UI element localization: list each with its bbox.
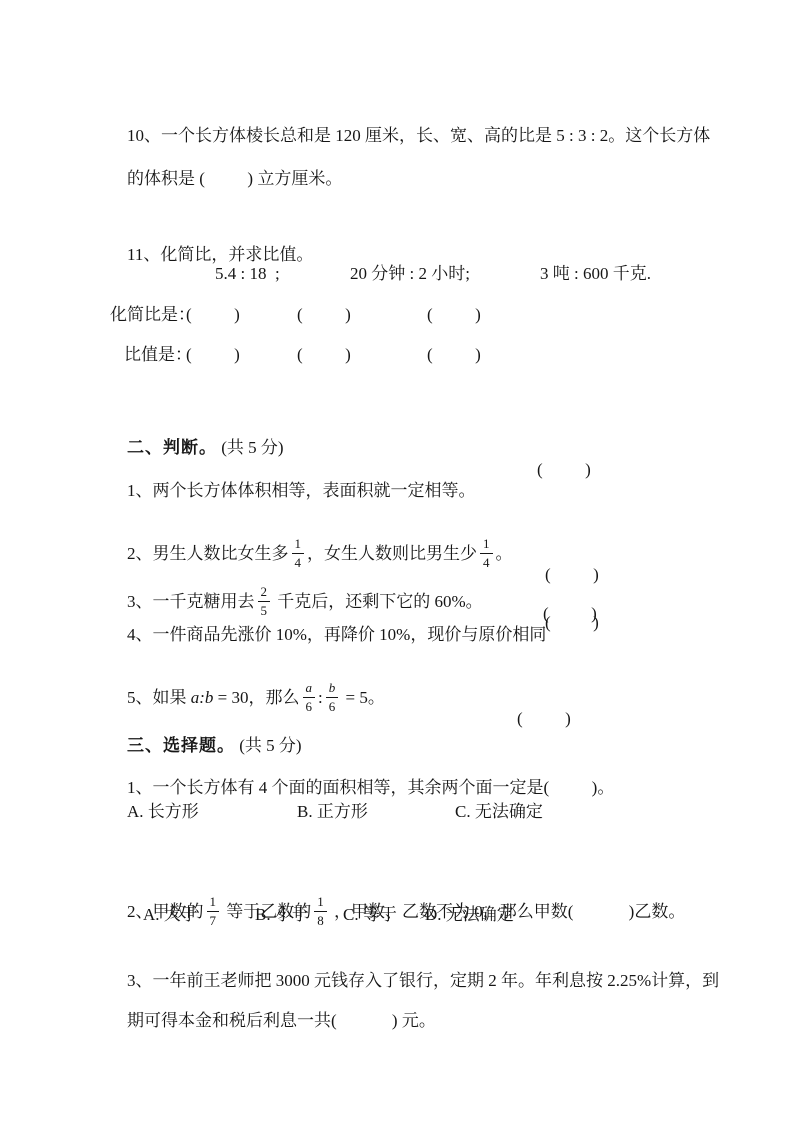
option-a: A. 长方形 <box>127 801 199 822</box>
judge-item-5-colon: : <box>318 688 323 707</box>
fraction-denominator: 6 <box>326 698 339 715</box>
value-blank-1: ( ) <box>186 344 240 365</box>
choice-item-1-text-post: 。 <box>597 778 614 797</box>
judge-item-1-answer-blank: ( ) <box>537 459 591 480</box>
fraction-numerator: b <box>326 680 339 698</box>
question-10-answer-blank: ( ) <box>199 169 253 188</box>
question-10-text-cont: 的体积是 <box>127 169 199 188</box>
fraction-a-sixths: a6 <box>303 680 316 714</box>
option-a: A. 大于 <box>143 904 198 925</box>
fraction-denominator: 6 <box>303 698 316 715</box>
judge-item-5-answer-blank: ( ) <box>517 698 571 740</box>
option-d: D. 无法确定 <box>425 904 514 925</box>
judge-item-5-text-mid: = 30，那么 <box>213 688 299 707</box>
ratio-item-1: 5.4 : 18 ; <box>215 263 280 284</box>
choice-section-score: (共 5 分) <box>235 736 302 755</box>
value-blank-3: ( ) <box>427 344 481 365</box>
simplify-ratio-label: 化简比是： <box>110 304 195 325</box>
option-c: C. 无法确定 <box>455 801 543 822</box>
simplify-blank-3: ( ) <box>427 304 481 325</box>
option-c: C. 等于 <box>343 904 397 925</box>
judge-item-5-ratio-ab: a:b <box>191 688 214 707</box>
simplify-blank-2: ( ) <box>297 304 351 325</box>
option-b: B. 正方形 <box>297 801 368 822</box>
choice-item-3-line-2: 期可得本金和税后利息一共( ) 元。 <box>110 989 436 1052</box>
fraction-numerator: a <box>303 680 316 698</box>
judge-section-title: 二、判断。 <box>127 438 217 457</box>
judge-section-score: (共 5 分) <box>217 438 284 457</box>
judge-item-5-text-pre: 5、如果 <box>127 688 191 707</box>
choice-section-title: 三、选择题。 <box>127 736 235 755</box>
fraction-numerator: 2 <box>258 584 271 602</box>
question-10-unit: 立方厘米。 <box>253 169 342 188</box>
question-10-text: 10、一个长方体棱长总和是 120 厘米，长、宽、高的比是 5 : 3 : 2。… <box>127 126 710 145</box>
simplify-blank-1: ( ) <box>186 304 240 325</box>
worksheet-page: 10、一个长方体棱长总和是 120 厘米，长、宽、高的比是 5 : 3 : 2。… <box>0 0 793 1122</box>
option-b: B. 小于 <box>255 904 309 925</box>
judge-item-5-text-post: = 5。 <box>341 688 385 707</box>
value-blank-2: ( ) <box>297 344 351 365</box>
fraction-b-sixths: b6 <box>326 680 339 714</box>
choice-item-3-text-cont: 期可得本金和税后利息一共 <box>127 1011 331 1030</box>
ratio-item-2: 20 分钟 : 2 小时; <box>350 263 470 284</box>
ratio-item-3: 3 吨 : 600 千克. <box>540 263 651 284</box>
choice-item-1-answer-blank: ( ) <box>544 778 598 797</box>
choice-item-1-text: 1、一个长方体有 4 个面的面积相等，其余两个面一定是 <box>127 778 544 797</box>
choice-item-3-unit: 元。 <box>398 1011 436 1030</box>
choice-item-3-text: 3、一年前王老师把 3000 元钱存入了银行，定期 2 年。年利息按 2.25%… <box>127 971 719 990</box>
ratio-value-label: 比值是： <box>124 344 192 365</box>
question-11-text: 11、化简比，并求比值。 <box>127 245 313 264</box>
choice-item-3-answer-blank: ( ) <box>331 1011 398 1030</box>
judge-item-4-answer-blank: ( ) <box>543 603 597 624</box>
question-10-line-2: 的体积是 ( ) 立方厘米。 <box>110 147 342 210</box>
